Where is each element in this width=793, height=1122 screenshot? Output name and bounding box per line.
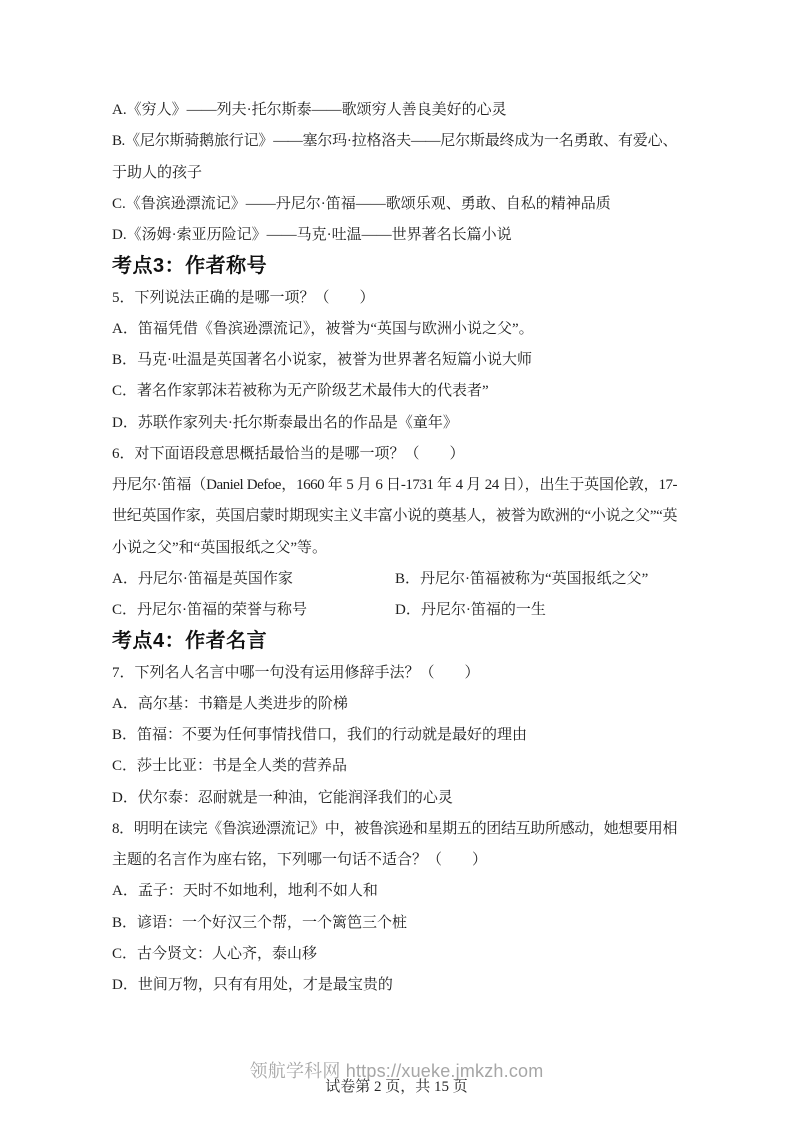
- option-line: C．丹尼尔·笛福的荣誉与称号: [112, 602, 307, 618]
- option-line: A．高尔基：书籍是人类进步的阶梯: [112, 689, 677, 720]
- options-row: C．丹尼尔·笛福的荣誉与称号D．丹尼尔·笛福的一生: [112, 595, 677, 626]
- question-line: 8．明明在读完《鲁滨逊漂流记》中，被鲁滨逊和星期五的团结互助所感动，她想要用相似: [112, 814, 677, 845]
- option-line: B．丹尼尔·笛福被称为“英国报纸之父”: [395, 564, 648, 595]
- text-line: 于助人的孩子: [112, 158, 677, 189]
- option-line: C.《鲁滨逊漂流记》——丹尼尔·笛福——歌颂乐观、勇敢、自私的精神品质: [112, 189, 677, 220]
- option-line: B．谚语：一个好汉三个帮，一个篱笆三个桩: [112, 908, 677, 939]
- question-line: 6．对下面语段意思概括最恰当的是哪一项？（ ）: [112, 439, 677, 470]
- option-line: D.《汤姆·索亚历险记》——马克·吐温——世界著名长篇小说: [112, 220, 677, 251]
- section-heading: 考点3：作者称号: [112, 251, 677, 282]
- page-number: 试卷第 2 页，共 15 页: [0, 1075, 793, 1096]
- option-line: D．世间万物，只有有用处，才是最宝贵的: [112, 970, 677, 1001]
- option-line: A．笛福凭借《鲁滨逊漂流记》，被誉为“英国与欧洲小说之父”。: [112, 314, 677, 345]
- option-line: C．著名作家郭沫若被称为无产阶级艺术最伟大的代表者”: [112, 376, 677, 407]
- section-heading: 考点4：作者名言: [112, 626, 677, 657]
- option-line: B．笛福：不要为任何事情找借口，我们的行动就是最好的理由: [112, 720, 677, 751]
- options-row: A．丹尼尔·笛福是英国作家B．丹尼尔·笛福被称为“英国报纸之父”: [112, 564, 677, 595]
- option-line: A．丹尼尔·笛福是英国作家: [112, 571, 293, 587]
- option-line: D．丹尼尔·笛福的一生: [395, 595, 546, 626]
- option-line: A．孟子：天时不如地利，地利不如人和: [112, 876, 677, 907]
- option-line: C．莎士比亚：书是全人类的营养品: [112, 751, 677, 782]
- option-line: B.《尼尔斯骑鹅旅行记》——塞尔玛·拉格洛夫——尼尔斯最终成为一名勇敢、有爱心、…: [112, 126, 677, 157]
- option-line: D．苏联作家列夫·托尔斯泰最出名的作品是《童年》: [112, 408, 677, 439]
- passage-line: 小说之父”和“英国报纸之父”等。: [112, 533, 677, 564]
- question-line: 5．下列说法正确的是哪一项？（ ）: [112, 283, 677, 314]
- passage-line: 世纪英国作家，英国启蒙时期现实主义丰富小说的奠基人，被誉为欧洲的“小说之父”“英…: [112, 501, 677, 532]
- passage-line: 丹尼尔·笛福（Daniel Defoe，1660 年 5 月 6 日-1731 …: [112, 470, 677, 501]
- option-line: B．马克·吐温是英国著名小说家，被誉为世界著名短篇小说大师: [112, 345, 677, 376]
- option-line: C．古今贤文：人心齐，泰山移: [112, 939, 677, 970]
- question-line: 7．下列名人名言中哪一句没有运用修辞手法？（ ）: [112, 658, 677, 689]
- text-line: 主题的名言作为座右铭，下列哪一句话不适合？（ ）: [112, 845, 677, 876]
- document-lines: A.《穷人》——列夫·托尔斯泰——歌颂穷人善良美好的心灵B.《尼尔斯骑鹅旅行记》…: [112, 95, 677, 1001]
- option-line: D．伏尔泰：忍耐就是一种油，它能润泽我们的心灵: [112, 783, 677, 814]
- exam-page: A.《穷人》——列夫·托尔斯泰——歌颂穷人善良美好的心灵B.《尼尔斯骑鹅旅行记》…: [0, 0, 793, 1122]
- option-line: A.《穷人》——列夫·托尔斯泰——歌颂穷人善良美好的心灵: [112, 95, 677, 126]
